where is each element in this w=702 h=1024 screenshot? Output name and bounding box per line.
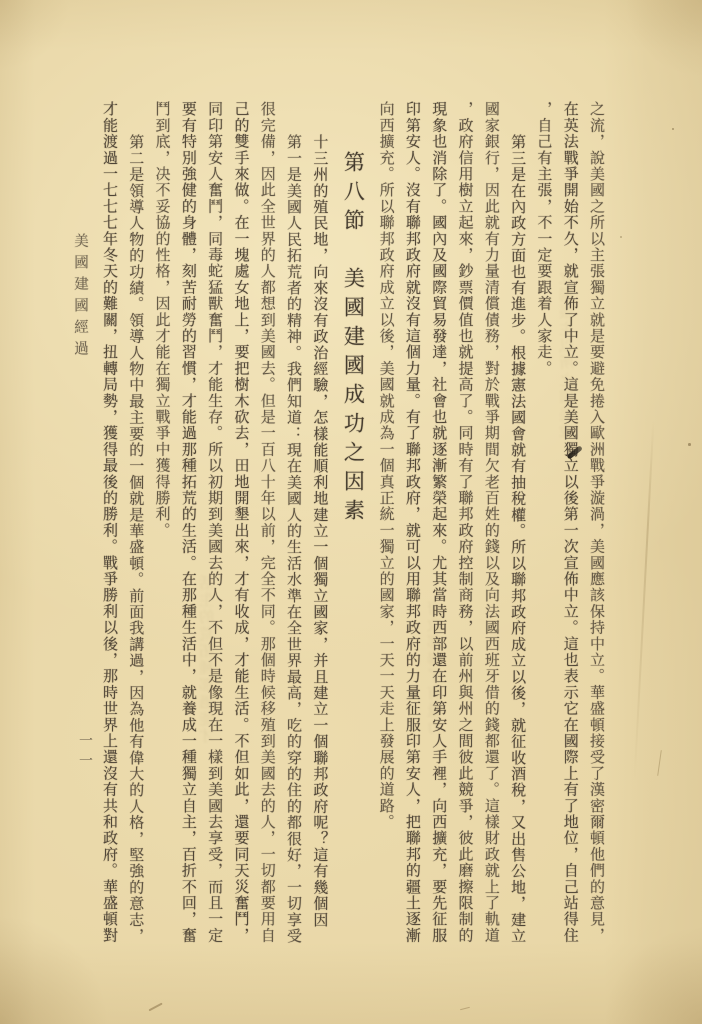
paper-fiber: [657, 750, 662, 776]
paper-scratch: [460, 1007, 470, 1011]
text-column-2: 在英法戰爭開始不久，就宣佈了中立。這是美國獨立以後第一次宣佈中立。這也表示它在國…: [557, 101, 583, 959]
text-column-17-paragraph-start: 第二是領導人物的功績。領導人物中最主要的一個就是華盛頓。前面我講過，因為他有偉大…: [123, 101, 149, 959]
paper-crease: [634, 420, 654, 780]
text-column-11-paragraph-start: 第一是美國人民拓荒者的精神。我們知道：現在美國人的生活水準在全世界最高，吃的穿的…: [281, 101, 307, 959]
text-column-14: 同印第安人奮鬥，同毒蛇猛獸奮鬥，才能生存。所以初期到美國去的人，不但不是像現在一…: [202, 101, 228, 959]
text-column-5: 國家銀行，因此就有力量清償債務，對於戰爭期間欠老百姓的錢以及向法國西班牙借的錢都…: [479, 101, 505, 959]
scanned-page: 立獨張主以所之國美說 府政邦聯了有量力 活生的荒拓種那過能才 美國建國經過 一一…: [0, 0, 702, 1024]
text-column-4-paragraph-start: 第三是在內政方面也有進步。根據憲法國會就有抽稅權。所以聯邦政府成立以後，就征收酒…: [505, 101, 531, 959]
text-column-15: 要有特別強健的身體，刻苦耐勞的習慣，才能過那種拓荒的生活。在那種生活中，就養成一…: [176, 101, 202, 959]
paper-speck: [688, 443, 691, 446]
text-column-6: ，政府信用樹立起來，鈔票價值也就提高了。同時有了聯邦政府控制商務，以前州與州之間…: [452, 101, 478, 959]
text-column-16: 鬥到底，决不妥協的性格，因此才能在獨立戰爭中獲得勝利。: [149, 101, 175, 959]
paper-speck: [672, 128, 674, 130]
text-column-8: 印第安人。沒有聯邦政府就沒有這個力量。有了聯邦政府，就可以用聯邦政府的力量征服印…: [400, 101, 426, 959]
paper-scratch: [149, 1003, 163, 1011]
section-heading: 第八節 美國建國成功之因素: [333, 101, 373, 959]
paper-speck: [620, 236, 622, 238]
text-column-9: 向西擴充。所以聯邦政府成立以後，美國就成為一個真正統一獨立的國家，一天一天走上發…: [373, 101, 399, 959]
text-column-12: 很完備，因此全世界的人都想到美國去。但是一百八十年以前，完全不同。那個時候移殖到…: [254, 101, 280, 959]
text-column-3: ，自己有主張，不一定要跟着人家走。: [531, 101, 557, 959]
text-column-13: 己的雙手來做。在一塊處女地上，要把樹木砍去，田地開墾出來，才有收成，才能生活。不…: [228, 101, 254, 959]
text-column-7: 現象也消除了。國內及國際貿易發達，社會也就逐漸繁榮起來。尤其當時西部還在印第安人…: [426, 101, 452, 959]
text-block: 之流，說美國之所以主張獨立就是要避免捲入歐洲戰爭漩渦，美國應該保持中立。華盛頓接…: [96, 101, 610, 959]
text-column-10-paragraph-start: 十三州的殖民地，向來沒有政治經驗，怎樣能順利地建立一個獨立國家，并且建立一個聯邦…: [307, 101, 333, 959]
text-column-18: 才能渡過一七七七年冬天的難關，扭轉局勢，獲得最後的勝利。戰爭勝利以後，那時世界上…: [97, 101, 123, 959]
book-title-margin-label: 美國建國經過: [70, 233, 91, 393]
page-number: 一一: [75, 733, 95, 793]
text-column-1: 之流，說美國之所以主張獨立就是要避免捲入歐洲戰爭漩渦，美國應該保持中立。華盛頓接…: [584, 101, 610, 959]
